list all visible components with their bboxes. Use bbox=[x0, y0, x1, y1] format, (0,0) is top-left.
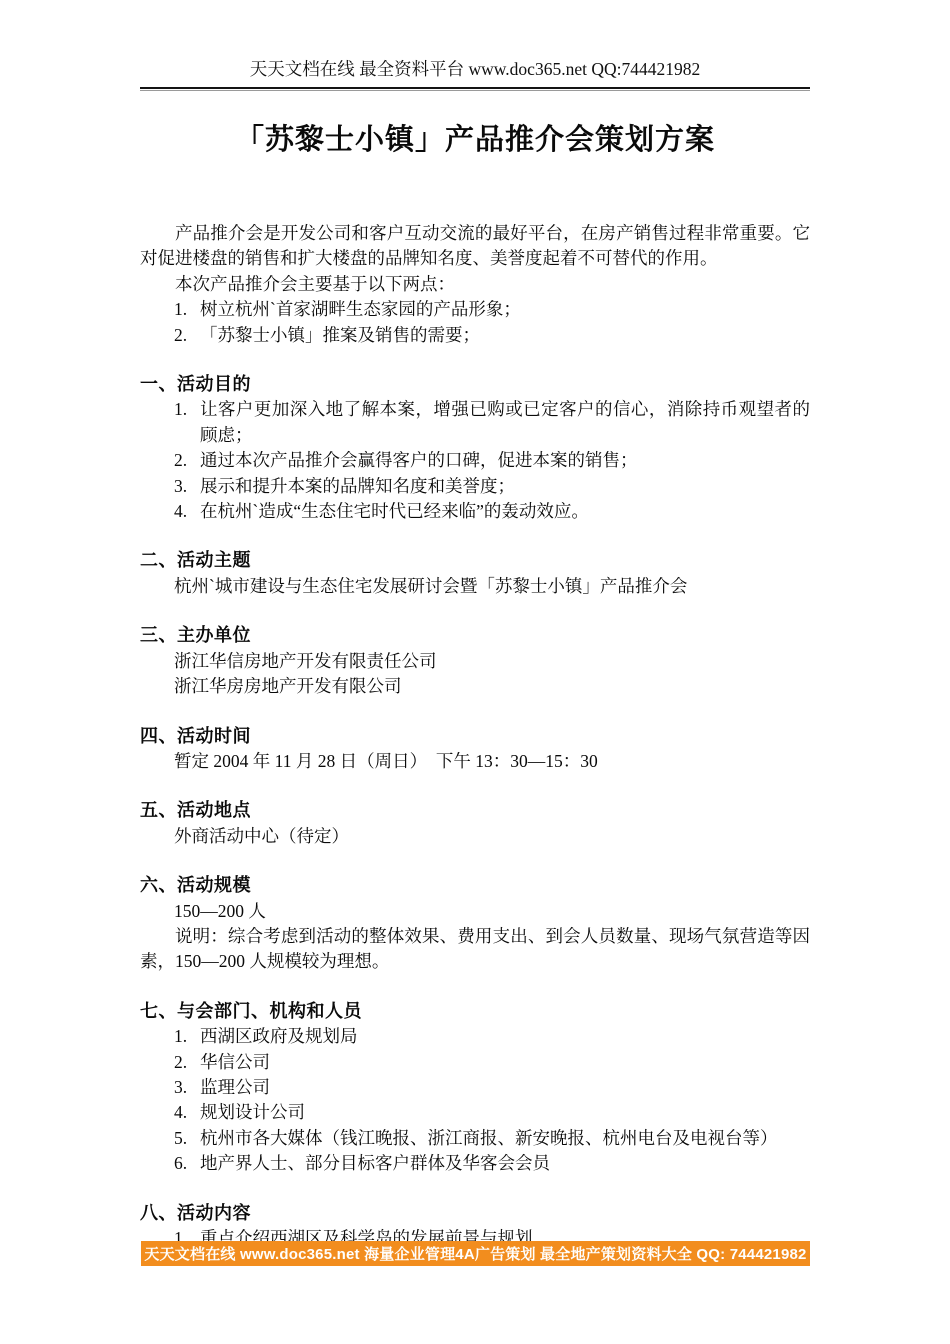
numbered-item: 1.让客户更加深入地了解本案，增强已购或已定客户的信心，消除持币观望者的顾虑； bbox=[140, 397, 810, 448]
item-text: 在杭州`造成“生态住宅时代已经来临”的轰动效应。 bbox=[200, 499, 810, 524]
item-number: 1. bbox=[174, 297, 200, 322]
footer-banner: 天天文档在线 www.doc365.net 海量企业管理4A广告策划 最全地产策… bbox=[141, 1241, 810, 1266]
item-number: 2. bbox=[174, 448, 200, 473]
item-text: 展示和提升本案的品牌知名度和美誉度； bbox=[200, 474, 810, 499]
numbered-item: 1.西湖区政府及规划局 bbox=[140, 1024, 810, 1049]
intro-paragraph-2: 本次产品推介会主要基于以下两点： bbox=[140, 272, 810, 297]
section-line: 杭州`城市建设与生态住宅发展研讨会暨「苏黎士小镇」产品推介会 bbox=[140, 574, 810, 599]
item-number: 3. bbox=[174, 474, 200, 499]
footer-banner-text: 天天文档在线 www.doc365.net 海量企业管理4A广告策划 最全地产策… bbox=[144, 1243, 806, 1264]
numbered-item: 3.监理公司 bbox=[140, 1075, 810, 1100]
numbered-item: 2.华信公司 bbox=[140, 1050, 810, 1075]
item-text: 规划设计公司 bbox=[200, 1100, 810, 1125]
item-text: 地产界人士、部分目标客户群体及华客会会员 bbox=[200, 1151, 810, 1176]
section-heading: 二、活动主题 bbox=[140, 548, 810, 573]
numbered-item: 5.杭州市各大媒体（钱江晚报、浙江商报、新安晚报、杭州电台及电视台等） bbox=[140, 1126, 810, 1151]
item-text: 树立杭州`首家湖畔生态家园的产品形象； bbox=[200, 297, 810, 322]
item-number: 1. bbox=[174, 397, 200, 448]
item-text: 通过本次产品推介会赢得客户的口碑，促进本案的销售； bbox=[200, 448, 810, 473]
section-heading: 四、活动时间 bbox=[140, 724, 810, 749]
section: 二、活动主题杭州`城市建设与生态住宅发展研讨会暨「苏黎士小镇」产品推介会 bbox=[140, 548, 810, 599]
numbered-item: 6.地产界人士、部分目标客户群体及华客会会员 bbox=[140, 1151, 810, 1176]
item-number: 3. bbox=[174, 1075, 200, 1100]
numbered-item: 4.规划设计公司 bbox=[140, 1100, 810, 1125]
item-number: 2. bbox=[174, 323, 200, 348]
section: 一、活动目的1.让客户更加深入地了解本案，增强已购或已定客户的信心，消除持币观望… bbox=[140, 372, 810, 524]
numbered-item: 4.在杭州`造成“生态住宅时代已经来临”的轰动效应。 bbox=[140, 499, 810, 524]
header-divider-thick bbox=[140, 87, 810, 89]
item-number: 4. bbox=[174, 499, 200, 524]
numbered-item: 2.通过本次产品推介会赢得客户的口碑，促进本案的销售； bbox=[140, 448, 810, 473]
intro-point: 2. 「苏黎士小镇」推案及销售的需要； bbox=[140, 323, 810, 348]
item-text: 杭州市各大媒体（钱江晚报、浙江商报、新安晚报、杭州电台及电视台等） bbox=[200, 1126, 810, 1151]
section: 三、主办单位浙江华信房地产开发有限责任公司浙江华房房地产开发有限公司 bbox=[140, 623, 810, 699]
intro-point: 1. 树立杭州`首家湖畔生态家园的产品形象； bbox=[140, 297, 810, 322]
section: 七、与会部门、机构和人员1.西湖区政府及规划局2.华信公司3.监理公司4.规划设… bbox=[140, 999, 810, 1177]
item-text: 西湖区政府及规划局 bbox=[200, 1024, 810, 1049]
section-heading: 一、活动目的 bbox=[140, 372, 810, 397]
document-title: 「苏黎士小镇」产品推介会策划方案 bbox=[140, 118, 810, 162]
section-heading: 六、活动规模 bbox=[140, 873, 810, 898]
section-heading: 七、与会部门、机构和人员 bbox=[140, 999, 810, 1024]
header-divider-thin bbox=[140, 90, 810, 91]
section-line: 外商活动中心（待定） bbox=[140, 824, 810, 849]
item-number: 6. bbox=[174, 1151, 200, 1176]
sections-container: 一、活动目的1.让客户更加深入地了解本案，增强已购或已定客户的信心，消除持币观望… bbox=[140, 372, 810, 1251]
item-number: 2. bbox=[174, 1050, 200, 1075]
item-text: 「苏黎士小镇」推案及销售的需要； bbox=[200, 323, 810, 348]
numbered-item: 3.展示和提升本案的品牌知名度和美誉度； bbox=[140, 474, 810, 499]
document-body: 产品推介会是开发公司和客户互动交流的最好平台，在房产销售过程非常重要。它对促进楼… bbox=[140, 221, 810, 1251]
section-line: 浙江华信房地产开发有限责任公司 bbox=[140, 649, 810, 674]
item-number: 5. bbox=[174, 1126, 200, 1151]
section: 四、活动时间暂定 2004 年 11 月 28 日（周日） 下午 13：30—1… bbox=[140, 724, 810, 775]
item-text: 监理公司 bbox=[200, 1075, 810, 1100]
section-line: 暂定 2004 年 11 月 28 日（周日） 下午 13：30—15：30 bbox=[140, 749, 810, 774]
section-heading: 五、活动地点 bbox=[140, 798, 810, 823]
content-column: 天天文档在线 最全资料平台 www.doc365.net QQ:74442198… bbox=[140, 0, 810, 1251]
item-text: 华信公司 bbox=[200, 1050, 810, 1075]
intro-paragraph-1: 产品推介会是开发公司和客户互动交流的最好平台，在房产销售过程非常重要。它对促进楼… bbox=[140, 221, 810, 272]
section-heading: 三、主办单位 bbox=[140, 623, 810, 648]
section: 六、活动规模150—200 人说明：综合考虑到活动的整体效果、费用支出、到会人员… bbox=[140, 873, 810, 975]
item-text: 让客户更加深入地了解本案，增强已购或已定客户的信心，消除持币观望者的顾虑； bbox=[200, 397, 810, 448]
item-number: 1. bbox=[174, 1024, 200, 1049]
header-site-info: 天天文档在线 最全资料平台 www.doc365.net QQ:74442198… bbox=[140, 0, 810, 81]
section-note: 说明：综合考虑到活动的整体效果、费用支出、到会人员数量、现场气氛营造等因素，15… bbox=[140, 924, 810, 975]
item-number: 4. bbox=[174, 1100, 200, 1125]
section-heading: 八、活动内容 bbox=[140, 1201, 810, 1226]
section-line: 150—200 人 bbox=[140, 899, 810, 924]
document-page: 天天文档在线 最全资料平台 www.doc365.net QQ:74442198… bbox=[0, 0, 950, 1344]
section: 五、活动地点外商活动中心（待定） bbox=[140, 798, 810, 849]
section-line: 浙江华房房地产开发有限公司 bbox=[140, 674, 810, 699]
